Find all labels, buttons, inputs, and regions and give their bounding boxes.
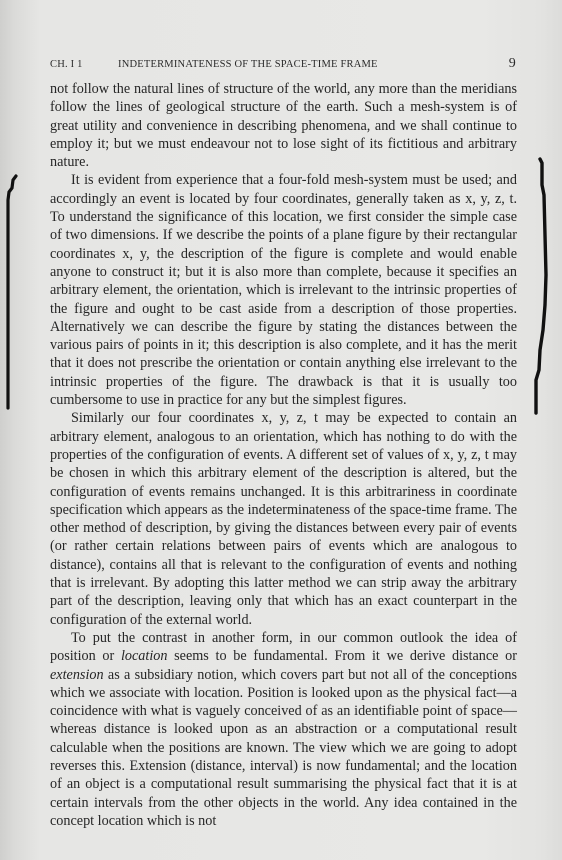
left-margin-mark — [0, 170, 24, 410]
paragraph-1: not follow the natural lines of structur… — [50, 80, 517, 171]
book-page: CH. I 1 INDETERMINATENESS OF THE SPACE-T… — [0, 0, 562, 860]
italic-term: extension — [50, 667, 104, 683]
paragraph-2: It is evident from experience that a fou… — [50, 171, 517, 409]
running-head: CH. I 1 INDETERMINATENESS OF THE SPACE-T… — [50, 56, 516, 72]
right-margin-mark — [528, 155, 558, 415]
chapter-label: CH. I 1 — [50, 59, 118, 70]
body-text: not follow the natural lines of structur… — [50, 80, 517, 830]
paragraph-3: Similarly our four coordinates x, y, z, … — [50, 409, 517, 629]
chapter-title: INDETERMINATENESS OF THE SPACE-TIME FRAM… — [118, 59, 509, 70]
paragraph-4: To put the contrast in another form, in … — [50, 629, 517, 830]
italic-term: location — [121, 648, 168, 664]
text-segment: seems to be fundamental. From it we deri… — [167, 648, 517, 664]
text-segment: as a subsidiary notion, which covers par… — [50, 667, 517, 829]
page-number: 9 — [509, 56, 516, 72]
